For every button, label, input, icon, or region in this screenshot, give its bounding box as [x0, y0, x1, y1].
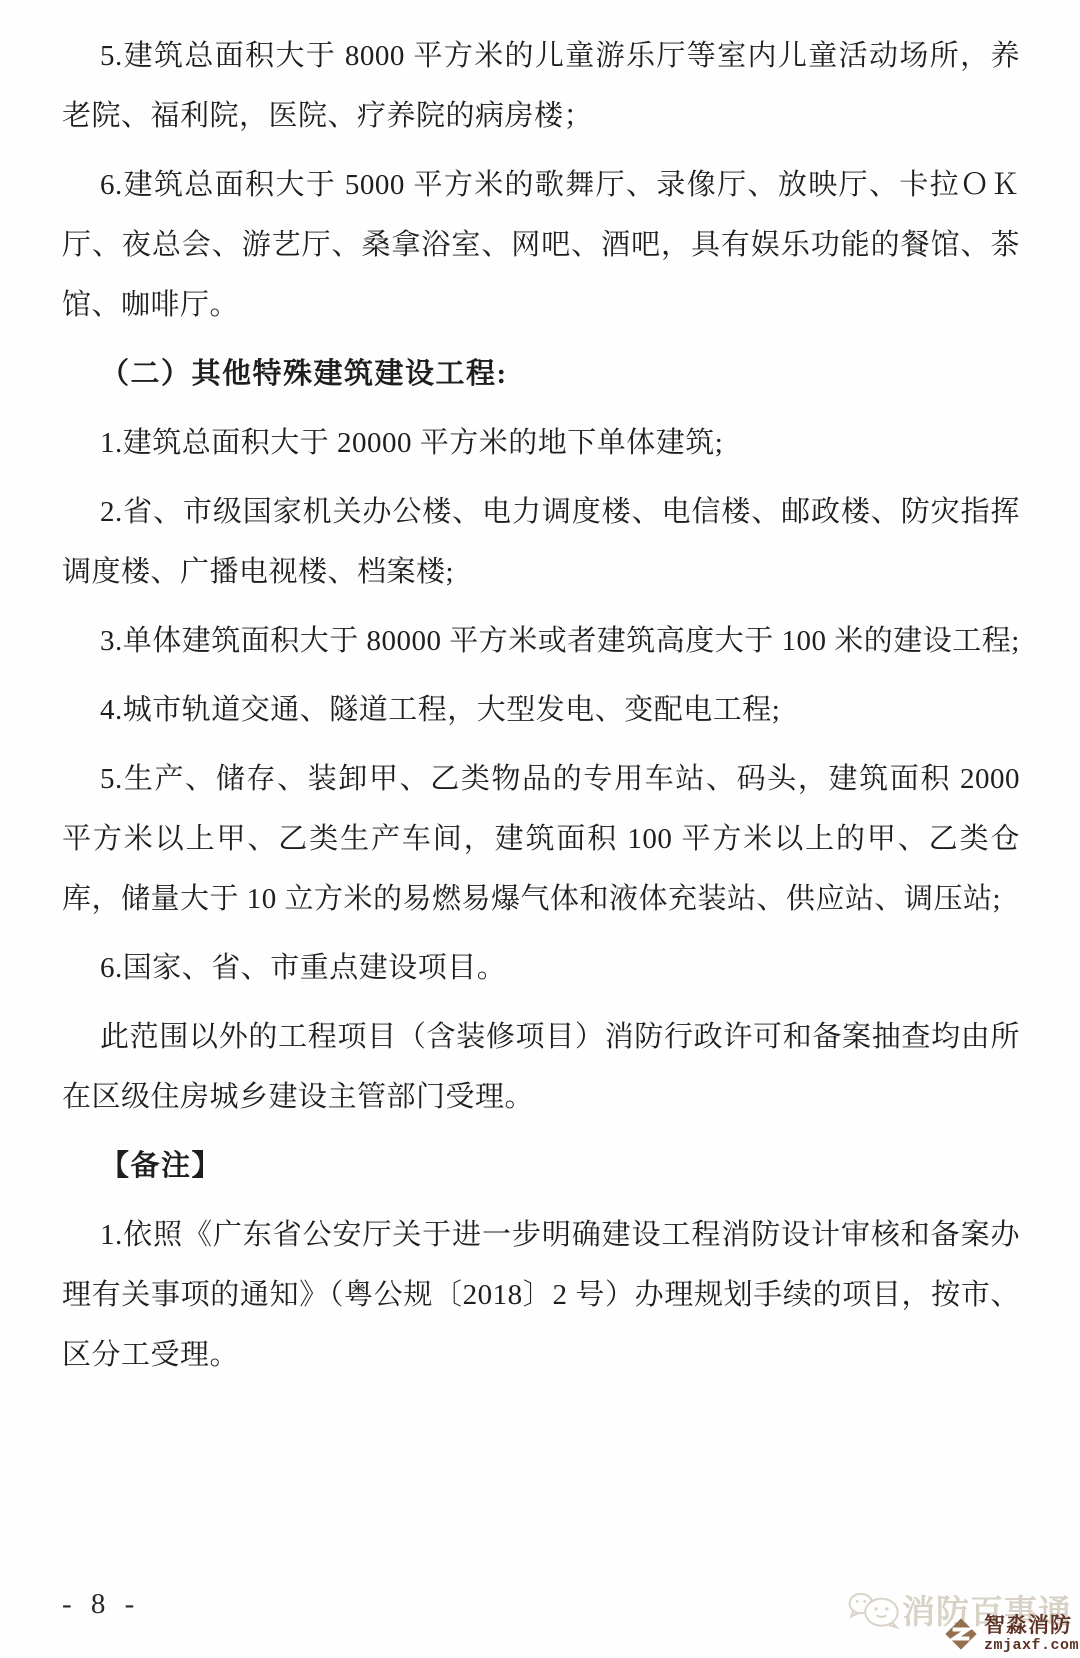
para-government-buildings: 2.省、市级国家机关办公楼、电力调度楼、电信楼、邮政楼、防灾指挥调度楼、广播电视…: [62, 482, 1020, 602]
para-entertainment-venues: 6.建筑总面积大于 5000 平方米的歌舞厅、录像厅、放映厅、卡拉ＯＫ厅、夜总会…: [62, 155, 1020, 335]
watermark-brand: 智淼消防 zmjaxf.com: [942, 1615, 1079, 1653]
chat-bubbles-icon: [848, 1591, 902, 1629]
brand-name: 智淼消防: [984, 1615, 1079, 1636]
brand-domain: zmjaxf.com: [984, 1638, 1079, 1653]
page-number: - 8 -: [62, 1588, 140, 1621]
para-children-activity-venues: 5.建筑总面积大于 8000 平方米的儿童游乐厅等室内儿童活动场所，养老院、福利…: [62, 26, 1020, 146]
para-scope-note: 此范围以外的工程项目（含装修项目）消防行政许可和备案抽查均由所在区级住房城乡建设…: [62, 1007, 1020, 1127]
para-large-single-building: 3.单体建筑面积大于 80000 平方米或者建筑高度大于 100 米的建设工程;: [62, 611, 1020, 671]
document-page: 5.建筑总面积大于 8000 平方米的儿童游乐厅等室内儿童活动场所，养老院、福利…: [0, 0, 1080, 1658]
para-key-projects: 6.国家、省、市重点建设项目。: [62, 938, 1020, 998]
para-underground-building: 1.建筑总面积大于 20000 平方米的地下单体建筑;: [62, 413, 1020, 473]
heading-other-special-construction: （二）其他特殊建筑建设工程:: [62, 344, 1020, 404]
para-rail-transit-power: 4.城市轨道交通、隧道工程，大型发电、变配电工程;: [62, 680, 1020, 740]
document-body: 5.建筑总面积大于 8000 平方米的儿童游乐厅等室内儿童活动场所，养老院、福利…: [62, 26, 1020, 1394]
para-hazardous-goods-facilities: 5.生产、储存、装卸甲、乙类物品的专用车站、码头，建筑面积 2000 平方米以上…: [62, 749, 1020, 929]
brand-text-block: 智淼消防 zmjaxf.com: [984, 1615, 1079, 1653]
para-remark-1: 1.依照《广东省公安厅关于进一步明确建设工程消防设计审核和备案办理有关事项的通知…: [62, 1205, 1020, 1385]
diamond-z-logo-icon: [942, 1615, 980, 1653]
heading-remark: 【备注】: [62, 1136, 1020, 1196]
